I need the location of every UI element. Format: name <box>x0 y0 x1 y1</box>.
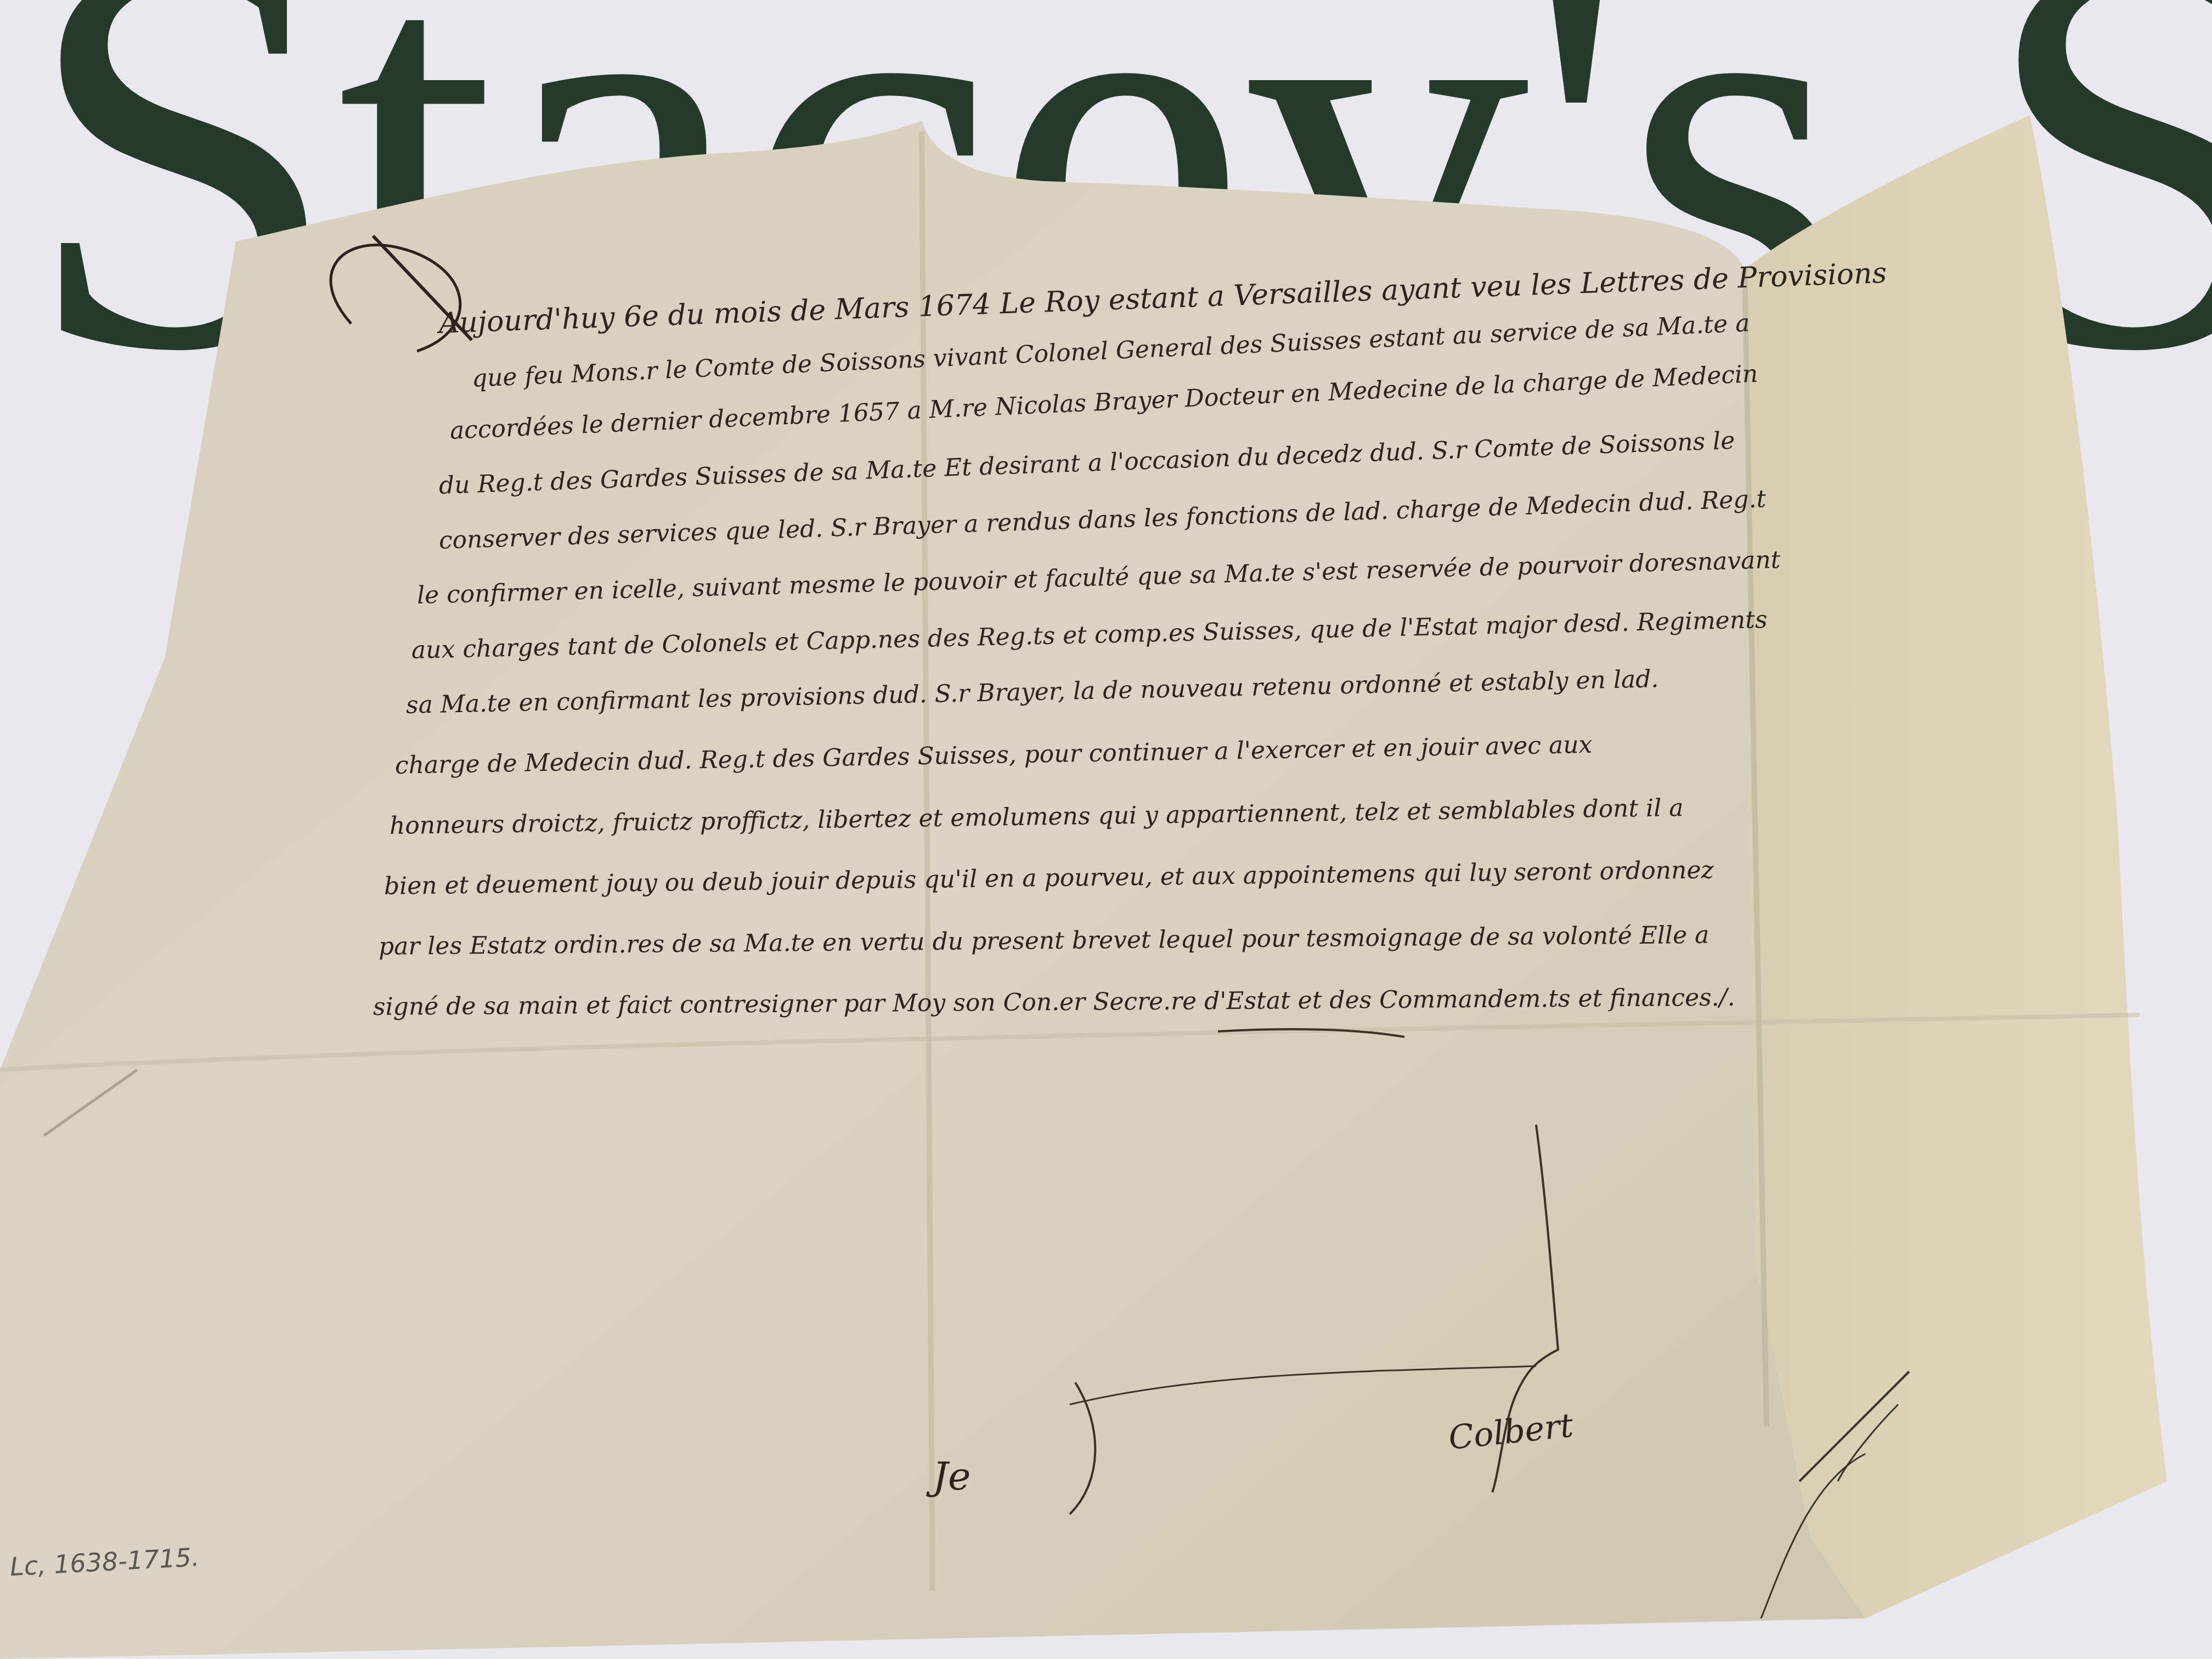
manuscript-document: Aujourd'huy 6e du mois de Mars 1674 Le R… <box>0 0 2212 1659</box>
paraph-signature: Je <box>933 1454 971 1499</box>
signature-strokes <box>0 0 2212 1659</box>
